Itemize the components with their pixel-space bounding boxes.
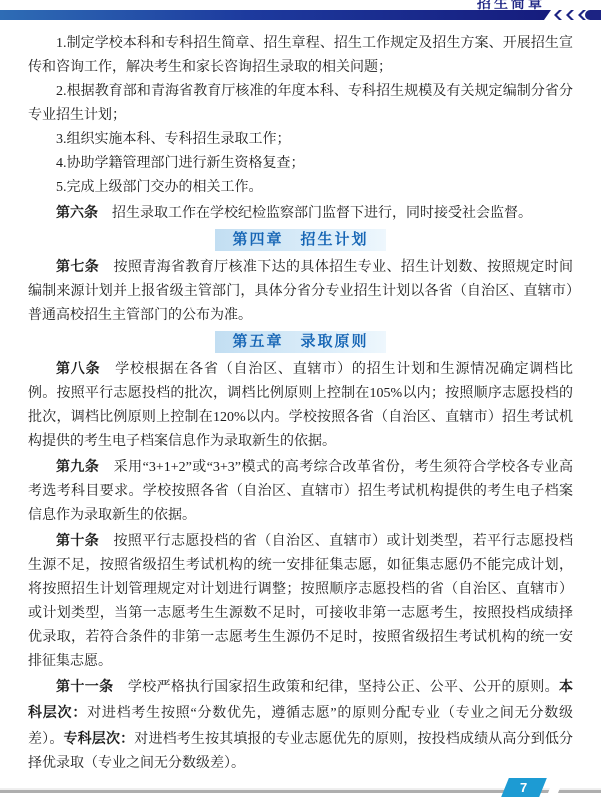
paragraph-duty-5: 5.完成上级部门交办的相关工作。 (28, 176, 573, 200)
document-page: 招生简章 1.制定学校本科和专科招生简章、招生章程、招生工作规定及招生方案、开展… (0, 0, 601, 803)
page-number: 7 (520, 780, 527, 795)
paragraph-article-9: 第九条 采用“3+1+2”或“3+3”模式的高考综合改革省份，考生须符合学校各专… (28, 454, 573, 528)
paragraph-article-10: 第十条 按照平行志愿投档的省（自治区、直辖市）或计划类型，若平行志愿投档生源不足… (28, 528, 573, 674)
page-number-marker: 7 (501, 778, 547, 797)
chapter-heading-5: 第五章 录取原则 (215, 331, 385, 353)
chevron-left-icon (564, 10, 574, 20)
header-capsule-shape (585, 10, 601, 20)
paragraph-article-6: 第六条 招生录取工作在学校纪检监察部门监督下进行，同时接受社会监督。 (28, 200, 573, 226)
document-body: 1.制定学校本科和专科招生简章、招生章程、招生工作规定及招生方案、开展招生宣传和… (0, 32, 601, 776)
chevron-left-icon (552, 10, 562, 20)
header-bar (0, 10, 551, 20)
paragraph-article-11: 第十一条 学校严格执行国家招生政策和纪律，坚持公正、公平、公开的原则。本科层次：… (28, 674, 573, 776)
paragraph-duty-2: 2.根据教育部和青海省教育厅核准的年度本科、专科招生规模及有关规定编制分省分专业… (28, 80, 573, 128)
chapter-heading-text: 第五章 录取原则 (232, 333, 368, 350)
chevrons-left-icon (552, 10, 586, 20)
paragraph-duty-1: 1.制定学校本科和专科招生简章、招生章程、招生工作规定及招生方案、开展招生宣传和… (28, 32, 573, 80)
chapter-heading-4: 第四章 招生计划 (215, 229, 385, 251)
paragraph-article-8: 第八条 学校根据在各省（自治区、直辖市）的招生计划和生源情况确定调档比例。按照平… (28, 356, 573, 454)
paragraph-duty-3: 3.组织实施本科、专科招生录取工作； (28, 128, 573, 152)
paragraph-article-7: 第七条 按照青海省教育厅核准下达的具体招生专业、招生计划数、按照规定时间编制来源… (28, 254, 573, 328)
chapter-heading-text: 第四章 招生计划 (232, 231, 368, 248)
paragraph-duty-4: 4.协助学籍管理部门进行新生资格复查； (28, 152, 573, 176)
